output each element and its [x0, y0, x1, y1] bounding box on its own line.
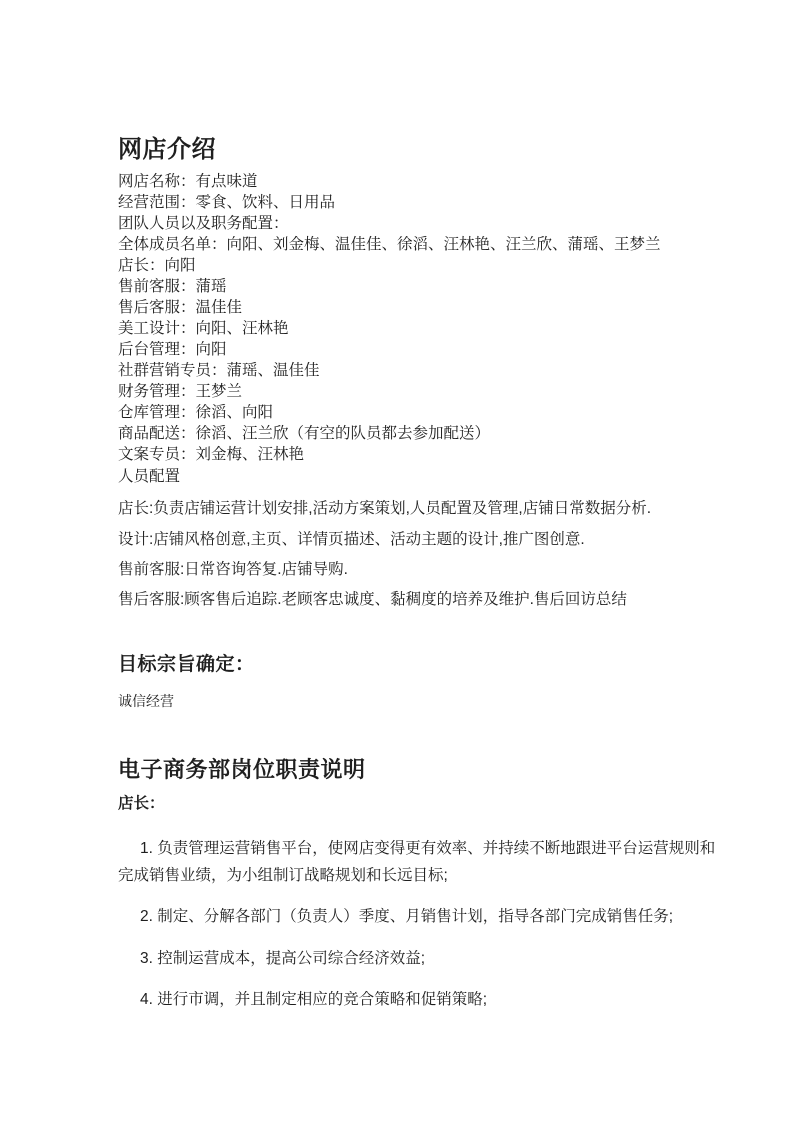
page-title: 网店介绍 — [118, 134, 216, 166]
store-info-line-backend: 后台管理：向阳 — [118, 339, 684, 360]
duty-paragraph-manager: 店长:负责店铺运营计划安排,活动方案策划,人员配置及管理,店铺日常数据分析. — [118, 498, 684, 519]
store-info-line-manager: 店长：向阳 — [118, 255, 684, 276]
store-info-line-warehouse: 仓库管理：徐滔、向阳 — [118, 402, 684, 423]
goal-content: 诚信经营 — [118, 691, 174, 711]
numbered-item-4: 4. 进行市调，并且制定相应的竞合策略和促销策略; — [118, 986, 740, 1013]
store-info-line-name: 网店名称：有点味道 — [118, 171, 684, 192]
store-info-line-members: 全体成员名单：向阳、刘金梅、温佳佳、徐滔、汪林艳、汪兰欣、蒲瑶、王梦兰 — [118, 234, 684, 255]
store-info-line-presale: 售前客服：蒲瑶 — [118, 276, 684, 297]
store-info-line-team-config: 团队人员以及职务配置： — [118, 213, 684, 234]
store-info-list: 网店名称：有点味道 经营范围：零食、饮料、日用品 团队人员以及职务配置： 全体成… — [118, 171, 684, 465]
numbered-item-1: 1. 负责管理运营销售平台，使网店变得更有效率、并持续不断地跟进平台运营规则和 … — [118, 835, 740, 889]
numbered-item-3: 3. 控制运营成本，提高公司综合经济效益; — [118, 945, 740, 972]
store-info-line-design: 美工设计：向阳、汪林艳 — [118, 318, 684, 339]
goal-section-heading: 目标宗旨确定： — [118, 652, 255, 678]
document-page: 网店介绍 网店名称：有点味道 经营范围：零食、饮料、日用品 团队人员以及职务配置… — [0, 0, 793, 1122]
store-info-line-finance: 财务管理：王梦兰 — [118, 381, 684, 402]
role-heading-manager: 店长： — [118, 793, 165, 815]
responsibilities-section-heading: 电子商务部岗位职责说明 — [118, 755, 366, 785]
store-info-line-delivery: 商品配送：徐滔、汪兰欣（有空的队员都去参加配送） — [118, 423, 684, 444]
duty-paragraph-aftersale: 售后客服:顾客售后追踪.老顾客忠诚度、黏稠度的培养及维护.售后回访总结 — [118, 589, 684, 610]
duty-paragraph-presale: 售前客服:日常咨询答复.店铺导购. — [118, 559, 684, 580]
duty-paragraph-design: 设计:店铺风格创意,主页、详情页描述、活动主题的设计,推广图创意. — [118, 529, 684, 550]
store-info-line-scope: 经营范围：零食、饮料、日用品 — [118, 192, 684, 213]
store-info-line-copywriting: 文案专员：刘金梅、汪林艳 — [118, 444, 684, 465]
numbered-item-2: 2. 制定、分解各部门（负责人）季度、月销售计划，指导各部门完成销售任务; — [118, 903, 740, 930]
store-info-line-community: 社群营销专员：蒲瑶、温佳佳 — [118, 360, 684, 381]
store-info-line-aftersale: 售后客服：温佳佳 — [118, 297, 684, 318]
staffing-label: 人员配置 — [118, 466, 180, 487]
